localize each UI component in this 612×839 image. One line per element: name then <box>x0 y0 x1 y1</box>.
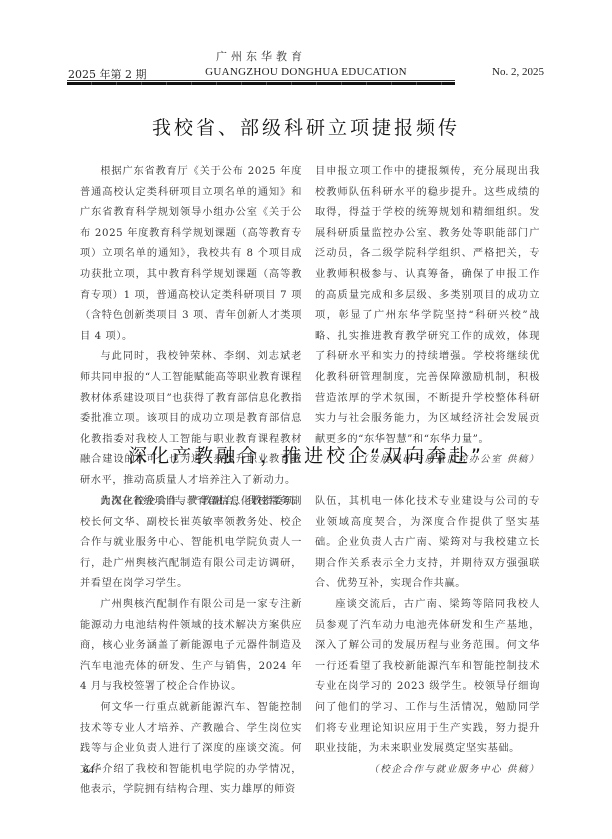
article-1-paragraph: 根据广东省教育厅《关于公布 2025 年度普通高校认定类科研项目立项名单的通知》… <box>80 162 302 347</box>
article-2-paragraph: 队伍，其机电一体化技术专业建设与公司的专业领域高度契合，为深度合作提供了坚实基础… <box>315 492 540 595</box>
article-1-right-column: 目申报立项工作中的捷报频传，充分展现出我校教师队伍科研水平的稳步提升。这些成绩的… <box>315 162 540 471</box>
journal-title-cn: 广州东华教育 <box>67 48 455 64</box>
article-2-paragraph: 为深化校企合作、产教融合，我校常务副校长何文华、副校长崔英敏率领教务处、校企合作… <box>80 492 302 595</box>
issue-label-en: No. 2, 2025 <box>492 66 544 78</box>
article-2-paragraph: 座谈交流后，古广南、梁筠等陪同我校人员参观了汽车动力电池壳体研发和生产基地，深入… <box>315 595 540 760</box>
article-2-left-column: 为深化校企合作、产教融合，我校常务副校长何文华、副校长崔英敏率领教务处、校企合作… <box>80 492 302 801</box>
article-2-right-column: 队伍，其机电一体化技术专业建设与公司的专业领域高度契合，为深度合作提供了坚实基础… <box>315 492 540 780</box>
article-2-paragraph: 广州舆核汽配制作有限公司是一家专注新能源动力电池结构件领域的技术解决方案供应商，… <box>80 595 302 698</box>
page-number: 64 <box>83 764 94 776</box>
article-2-title: 深化产教融合，推进校企“双向奔赴” <box>0 441 612 468</box>
article-2-paragraph: 何文华一行重点就新能源汽车、智能控制技术等专业人才培养、产教融合、学生岗位实践等… <box>80 698 302 801</box>
article-1-paragraph: 目申报立项工作中的捷报频传，充分展现出我校教师队伍科研水平的稳步提升。这些成绩的… <box>315 162 540 450</box>
article-1-title: 我校省、部级科研立项捷报频传 <box>0 113 612 140</box>
header-rule-thick <box>67 82 455 85</box>
header-rule-thin <box>67 80 455 81</box>
article-2-credit: （校企合作与就业服务中心 供稿） <box>315 760 540 781</box>
article-1-paragraph: 与此同时，我校钟荣林、李纲、刘志斌老师共同申报的“人工智能赋能高等职业教育课程教… <box>80 347 302 491</box>
